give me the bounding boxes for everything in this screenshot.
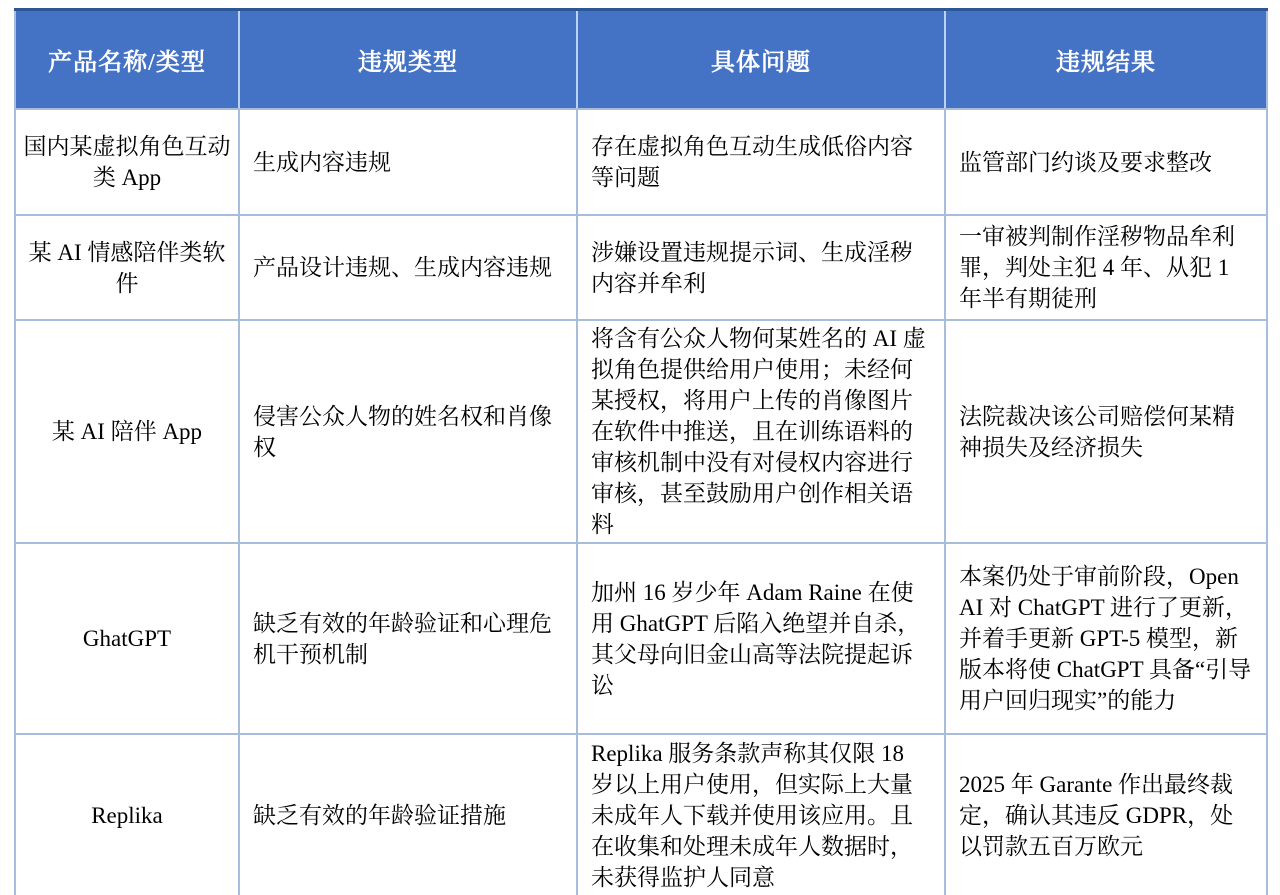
table-row-ghatgpt: GhatGPT 缺乏有效的年龄验证和心理危机干预机制 加州 16 岁少年 Ada…	[15, 543, 1267, 734]
cell-product: 国内某虚拟角色互动类 App	[15, 109, 239, 215]
cell-violation-result: 一审被判制作淫秽物品牟利罪，判处主犯 4 年、从犯 1 年半有期徒刑	[945, 215, 1267, 320]
cell-violation-result: 本案仍处于审前阶段，OpenAI 对 ChatGPT 进行了更新，并着手更新 G…	[945, 543, 1267, 734]
header-violation-result: 违规结果	[945, 10, 1267, 110]
cell-violation-type: 缺乏有效的年龄验证和心理危机干预机制	[239, 543, 577, 734]
table-row-ai-companion-app: 某 AI 陪伴 App 侵害公众人物的姓名权和肖像权 将含有公众人物何某姓名的 …	[15, 320, 1267, 543]
cell-specific-problem: Replika 服务条款声称其仅限 18 岁以上用户使用，但实际上大量未成年人下…	[577, 734, 945, 895]
header-violation-type: 违规类型	[239, 10, 577, 110]
table-row-ai-emotional-companion-software: 某 AI 情感陪伴类软件 产品设计违规、生成内容违规 涉嫌设置违规提示词、生成淫…	[15, 215, 1267, 320]
cell-product: GhatGPT	[15, 543, 239, 734]
cell-violation-type: 产品设计违规、生成内容违规	[239, 215, 577, 320]
ai-product-violation-table: 产品名称/类型 违规类型 具体问题 违规结果 国内某虚拟角色互动类 App 生成…	[14, 8, 1268, 895]
cell-specific-problem: 存在虚拟角色互动生成低俗内容等问题	[577, 109, 945, 215]
cell-product: 某 AI 情感陪伴类软件	[15, 215, 239, 320]
cell-product: 某 AI 陪伴 App	[15, 320, 239, 543]
header-row: 产品名称/类型 违规类型 具体问题 违规结果	[15, 10, 1267, 110]
cell-specific-problem: 加州 16 岁少年 Adam Raine 在使用 GhatGPT 后陷入绝望并自…	[577, 543, 945, 734]
cell-violation-result: 法院裁决该公司赔偿何某精神损失及经济损失	[945, 320, 1267, 543]
header-product-name-type: 产品名称/类型	[15, 10, 239, 110]
cell-specific-problem: 涉嫌设置违规提示词、生成淫秽内容并牟利	[577, 215, 945, 320]
cell-violation-result: 2025 年 Garante 作出最终裁定，确认其违反 GDPR，处以罚款五百万…	[945, 734, 1267, 895]
cell-violation-type: 缺乏有效的年龄验证措施	[239, 734, 577, 895]
cell-specific-problem: 将含有公众人物何某姓名的 AI 虚拟角色提供给用户使用；未经何某授权，将用户上传…	[577, 320, 945, 543]
header-specific-problem: 具体问题	[577, 10, 945, 110]
table-row-replika: Replika 缺乏有效的年龄验证措施 Replika 服务条款声称其仅限 18…	[15, 734, 1267, 895]
document-page: 产品名称/类型 违规类型 具体问题 违规结果 国内某虚拟角色互动类 App 生成…	[0, 0, 1280, 895]
cell-violation-type: 生成内容违规	[239, 109, 577, 215]
table-row-domestic-virtual-character-app: 国内某虚拟角色互动类 App 生成内容违规 存在虚拟角色互动生成低俗内容等问题 …	[15, 109, 1267, 215]
cell-violation-type: 侵害公众人物的姓名权和肖像权	[239, 320, 577, 543]
cell-product: Replika	[15, 734, 239, 895]
cell-violation-result: 监管部门约谈及要求整改	[945, 109, 1267, 215]
